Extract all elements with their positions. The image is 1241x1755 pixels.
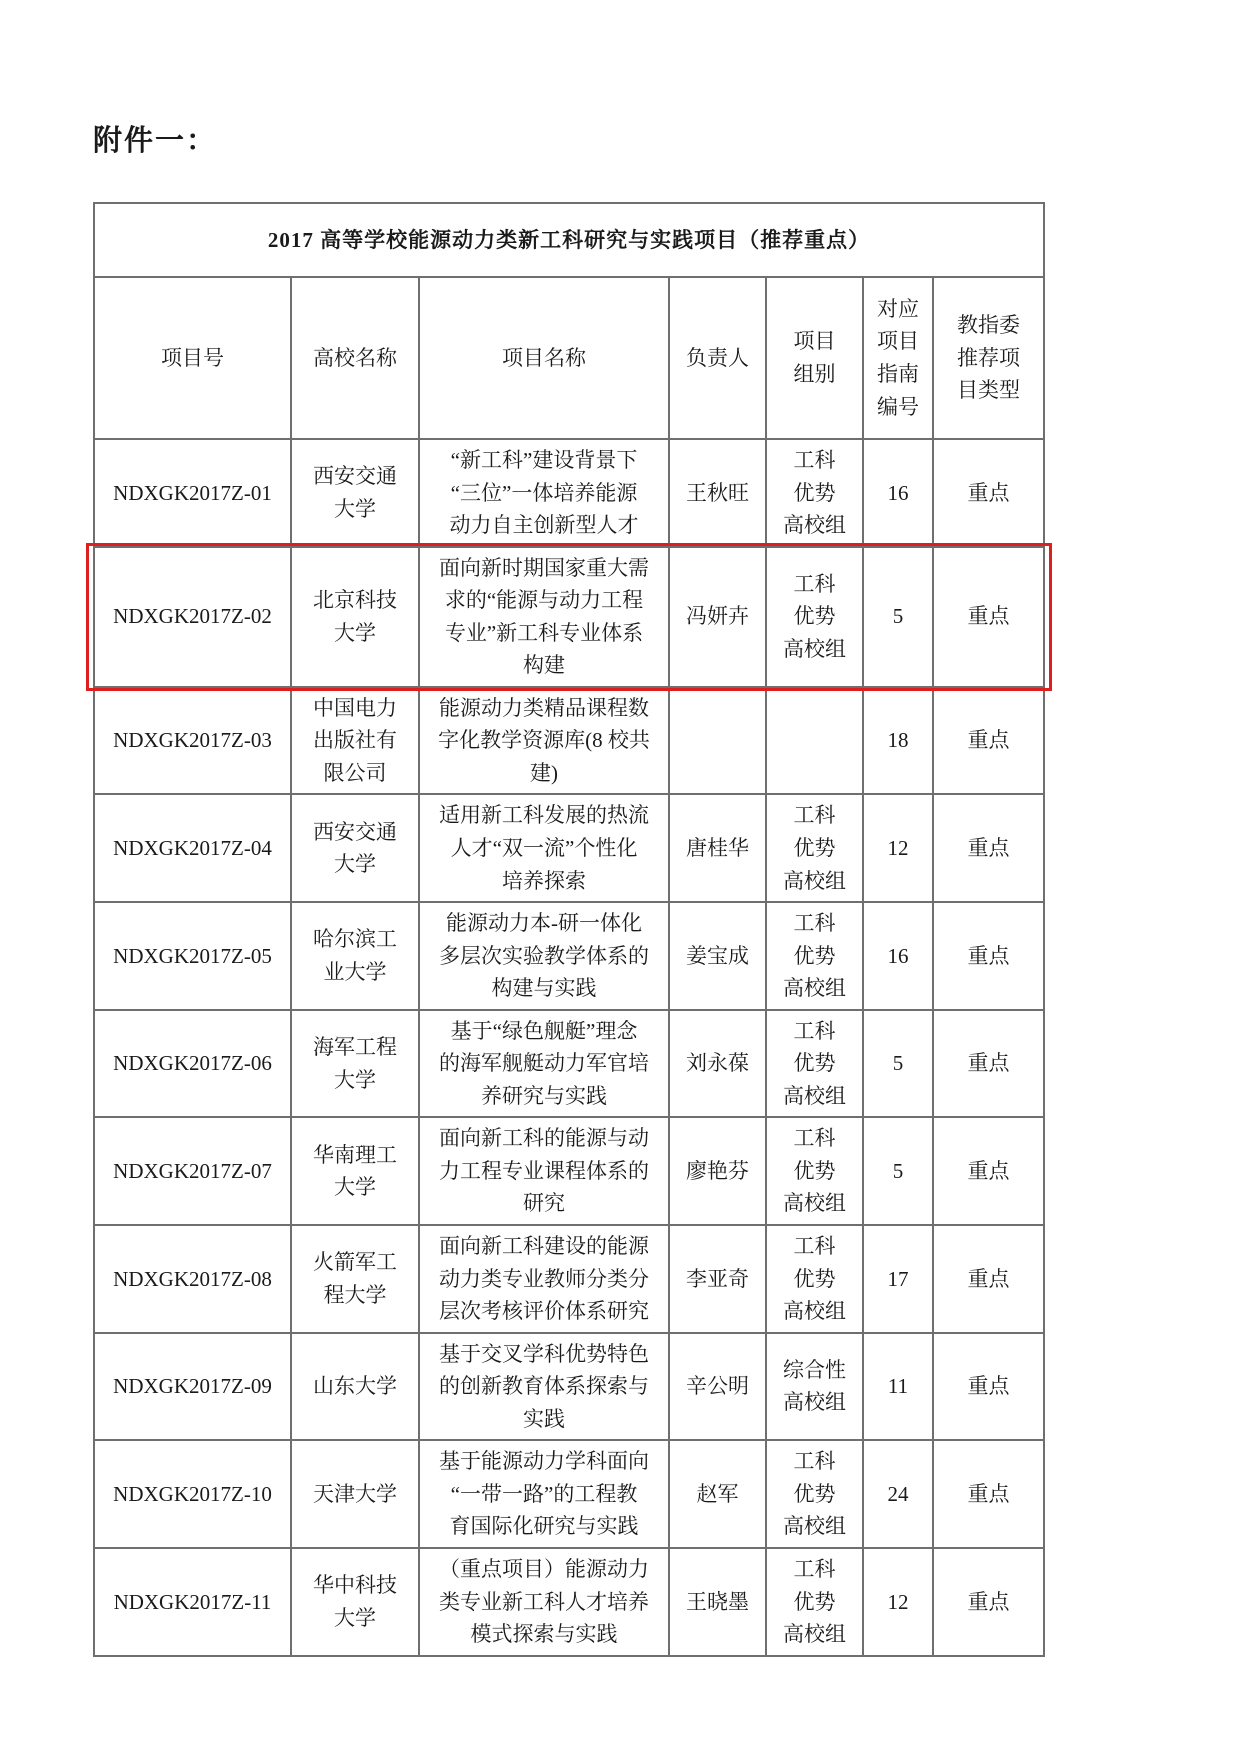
type-cell: 重点 xyxy=(933,687,1044,795)
guide-no-cell: 18 xyxy=(863,687,933,795)
guide-no-cell: 12 xyxy=(863,794,933,902)
col-project-id: 项目号 xyxy=(94,277,291,439)
group-cell: 工科 优势 高校组 xyxy=(766,902,863,1010)
leader-cell: 刘永葆 xyxy=(669,1010,766,1118)
university-cell: 华中科技 大学 xyxy=(291,1548,419,1656)
table-row: NDXGK2017Z-10天津大学基于能源动力学科面向 “一带一路”的工程教 育… xyxy=(94,1440,1044,1548)
table-row: NDXGK2017Z-07华南理工 大学面向新工科的能源与动 力工程专业课程体系… xyxy=(94,1117,1044,1225)
university-cell: 西安交通 大学 xyxy=(291,794,419,902)
project-id-cell: NDXGK2017Z-02 xyxy=(94,547,291,687)
project-id-cell: NDXGK2017Z-07 xyxy=(94,1117,291,1225)
project-id-cell: NDXGK2017Z-09 xyxy=(94,1333,291,1441)
group-cell: 工科 优势 高校组 xyxy=(766,1117,863,1225)
guide-no-cell: 24 xyxy=(863,1440,933,1548)
guide-no-cell: 5 xyxy=(863,1117,933,1225)
group-cell: 工科 优势 高校组 xyxy=(766,1225,863,1333)
university-cell: 中国电力 出版社有 限公司 xyxy=(291,687,419,795)
guide-no-cell: 17 xyxy=(863,1225,933,1333)
leader-cell: 王晓墨 xyxy=(669,1548,766,1656)
project-name-cell: 能源动力本-研一体化 多层次实验教学体系的 构建与实践 xyxy=(419,902,669,1010)
university-cell: 山东大学 xyxy=(291,1333,419,1441)
table-title: 2017 高等学校能源动力类新工科研究与实践项目（推荐重点） xyxy=(94,203,1044,277)
project-name-cell: 面向新工科建设的能源 动力类专业教师分类分 层次考核评价体系研究 xyxy=(419,1225,669,1333)
type-cell: 重点 xyxy=(933,1548,1044,1656)
group-cell: 工科 优势 高校组 xyxy=(766,439,863,547)
projects-table: 2017 高等学校能源动力类新工科研究与实践项目（推荐重点） 项目号高校名称项目… xyxy=(93,202,1045,1657)
document-page: 附件一： 2017 高等学校能源动力类新工科研究与实践项目（推荐重点） 项目号高… xyxy=(0,0,1241,1755)
project-name-cell: 适用新工科发展的热流 人才“双一流”个性化 培养探索 xyxy=(419,794,669,902)
table-row: NDXGK2017Z-08火箭军工 程大学面向新工科建设的能源 动力类专业教师分… xyxy=(94,1225,1044,1333)
leader-cell: 廖艳芬 xyxy=(669,1117,766,1225)
project-id-cell: NDXGK2017Z-08 xyxy=(94,1225,291,1333)
university-cell: 海军工程 大学 xyxy=(291,1010,419,1118)
project-id-cell: NDXGK2017Z-04 xyxy=(94,794,291,902)
project-name-cell: 基于“绿色舰艇”理念 的海军舰艇动力军官培 养研究与实践 xyxy=(419,1010,669,1118)
attachment-label: 附件一： xyxy=(93,118,217,159)
col-guide-no: 对应 项目 指南 编号 xyxy=(863,277,933,439)
university-cell: 华南理工 大学 xyxy=(291,1117,419,1225)
table-row: NDXGK2017Z-11华中科技 大学（重点项目）能源动力 类专业新工科人才培… xyxy=(94,1548,1044,1656)
project-name-cell: 基于交叉学科优势特色 的创新教育体系探索与 实践 xyxy=(419,1333,669,1441)
table-row: NDXGK2017Z-09山东大学基于交叉学科优势特色 的创新教育体系探索与 实… xyxy=(94,1333,1044,1441)
type-cell: 重点 xyxy=(933,1225,1044,1333)
group-cell: 工科 优势 高校组 xyxy=(766,547,863,687)
col-group: 项目 组别 xyxy=(766,277,863,439)
type-cell: 重点 xyxy=(933,794,1044,902)
table-row: NDXGK2017Z-05哈尔滨工 业大学能源动力本-研一体化 多层次实验教学体… xyxy=(94,902,1044,1010)
project-id-cell: NDXGK2017Z-03 xyxy=(94,687,291,795)
leader-cell: 冯妍卉 xyxy=(669,547,766,687)
university-cell: 天津大学 xyxy=(291,1440,419,1548)
table-row: NDXGK2017Z-04西安交通 大学适用新工科发展的热流 人才“双一流”个性… xyxy=(94,794,1044,902)
project-name-cell: 面向新时期国家重大需 求的“能源与动力工程 专业”新工科专业体系 构建 xyxy=(419,547,669,687)
guide-no-cell: 16 xyxy=(863,902,933,1010)
group-cell: 工科 优势 高校组 xyxy=(766,1440,863,1548)
table-row: NDXGK2017Z-06海军工程 大学基于“绿色舰艇”理念 的海军舰艇动力军官… xyxy=(94,1010,1044,1118)
university-cell: 火箭军工 程大学 xyxy=(291,1225,419,1333)
project-name-cell: 能源动力类精品课程数 字化教学资源库(8 校共 建) xyxy=(419,687,669,795)
guide-no-cell: 16 xyxy=(863,439,933,547)
col-leader: 负责人 xyxy=(669,277,766,439)
group-cell xyxy=(766,687,863,795)
type-cell: 重点 xyxy=(933,1333,1044,1441)
type-cell: 重点 xyxy=(933,1440,1044,1548)
leader-cell xyxy=(669,687,766,795)
university-cell: 哈尔滨工 业大学 xyxy=(291,902,419,1010)
university-cell: 西安交通 大学 xyxy=(291,439,419,547)
guide-no-cell: 5 xyxy=(863,1010,933,1118)
col-project-name: 项目名称 xyxy=(419,277,669,439)
project-id-cell: NDXGK2017Z-01 xyxy=(94,439,291,547)
type-cell: 重点 xyxy=(933,547,1044,687)
header-row: 项目号高校名称项目名称负责人项目 组别对应 项目 指南 编号教指委 推荐项 目类… xyxy=(94,277,1044,439)
leader-cell: 姜宝成 xyxy=(669,902,766,1010)
leader-cell: 赵军 xyxy=(669,1440,766,1548)
guide-no-cell: 5 xyxy=(863,547,933,687)
project-id-cell: NDXGK2017Z-10 xyxy=(94,1440,291,1548)
project-name-cell: 基于能源动力学科面向 “一带一路”的工程教 育国际化研究与实践 xyxy=(419,1440,669,1548)
col-university: 高校名称 xyxy=(291,277,419,439)
group-cell: 工科 优势 高校组 xyxy=(766,1548,863,1656)
table-row: NDXGK2017Z-02北京科技 大学面向新时期国家重大需 求的“能源与动力工… xyxy=(94,547,1044,687)
leader-cell: 辛公明 xyxy=(669,1333,766,1441)
type-cell: 重点 xyxy=(933,902,1044,1010)
title-row: 2017 高等学校能源动力类新工科研究与实践项目（推荐重点） xyxy=(94,203,1044,277)
type-cell: 重点 xyxy=(933,1117,1044,1225)
guide-no-cell: 12 xyxy=(863,1548,933,1656)
leader-cell: 唐桂华 xyxy=(669,794,766,902)
group-cell: 工科 优势 高校组 xyxy=(766,794,863,902)
project-name-cell: （重点项目）能源动力 类专业新工科人才培养 模式探索与实践 xyxy=(419,1548,669,1656)
type-cell: 重点 xyxy=(933,439,1044,547)
guide-no-cell: 11 xyxy=(863,1333,933,1441)
leader-cell: 王秋旺 xyxy=(669,439,766,547)
group-cell: 综合性 高校组 xyxy=(766,1333,863,1441)
project-id-cell: NDXGK2017Z-05 xyxy=(94,902,291,1010)
group-cell: 工科 优势 高校组 xyxy=(766,1010,863,1118)
university-cell: 北京科技 大学 xyxy=(291,547,419,687)
project-name-cell: 面向新工科的能源与动 力工程专业课程体系的 研究 xyxy=(419,1117,669,1225)
project-name-cell: “新工科”建设背景下 “三位”一体培养能源 动力自主创新型人才 xyxy=(419,439,669,547)
project-id-cell: NDXGK2017Z-06 xyxy=(94,1010,291,1118)
project-id-cell: NDXGK2017Z-11 xyxy=(94,1548,291,1656)
type-cell: 重点 xyxy=(933,1010,1044,1118)
col-type: 教指委 推荐项 目类型 xyxy=(933,277,1044,439)
table-row: NDXGK2017Z-03中国电力 出版社有 限公司能源动力类精品课程数 字化教… xyxy=(94,687,1044,795)
table-row: NDXGK2017Z-01西安交通 大学“新工科”建设背景下 “三位”一体培养能… xyxy=(94,439,1044,547)
leader-cell: 李亚奇 xyxy=(669,1225,766,1333)
